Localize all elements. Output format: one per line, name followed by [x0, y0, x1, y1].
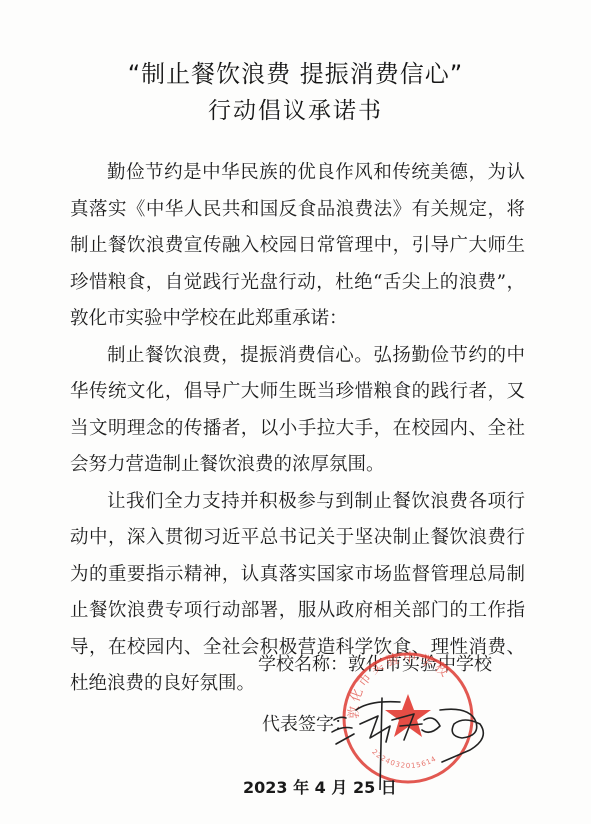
school-label: 学校名称： — [258, 654, 348, 675]
paragraph-1: 勤俭节约是中华民族的优良作风和传统美德，为认真落实《中华人民共和国反食品浪费法》… — [70, 155, 525, 338]
document-title: “制止餐饮浪费 提振消费信心” — [0, 54, 591, 89]
paragraph-2: 制止餐饮浪费，提振消费信心。弘扬勤俭节约的中华传统文化，倡导广大师生既当珍惜粮食… — [70, 338, 525, 484]
document-body: 勤俭节约是中华民族的优良作风和传统美德，为认真落实《中华人民共和国反食品浪费法》… — [70, 155, 525, 703]
document-date: 2023 年 4 月 25 日 — [243, 775, 397, 798]
signature-icon — [330, 680, 490, 790]
document-subtitle: 行动倡议承诺书 — [0, 92, 591, 125]
